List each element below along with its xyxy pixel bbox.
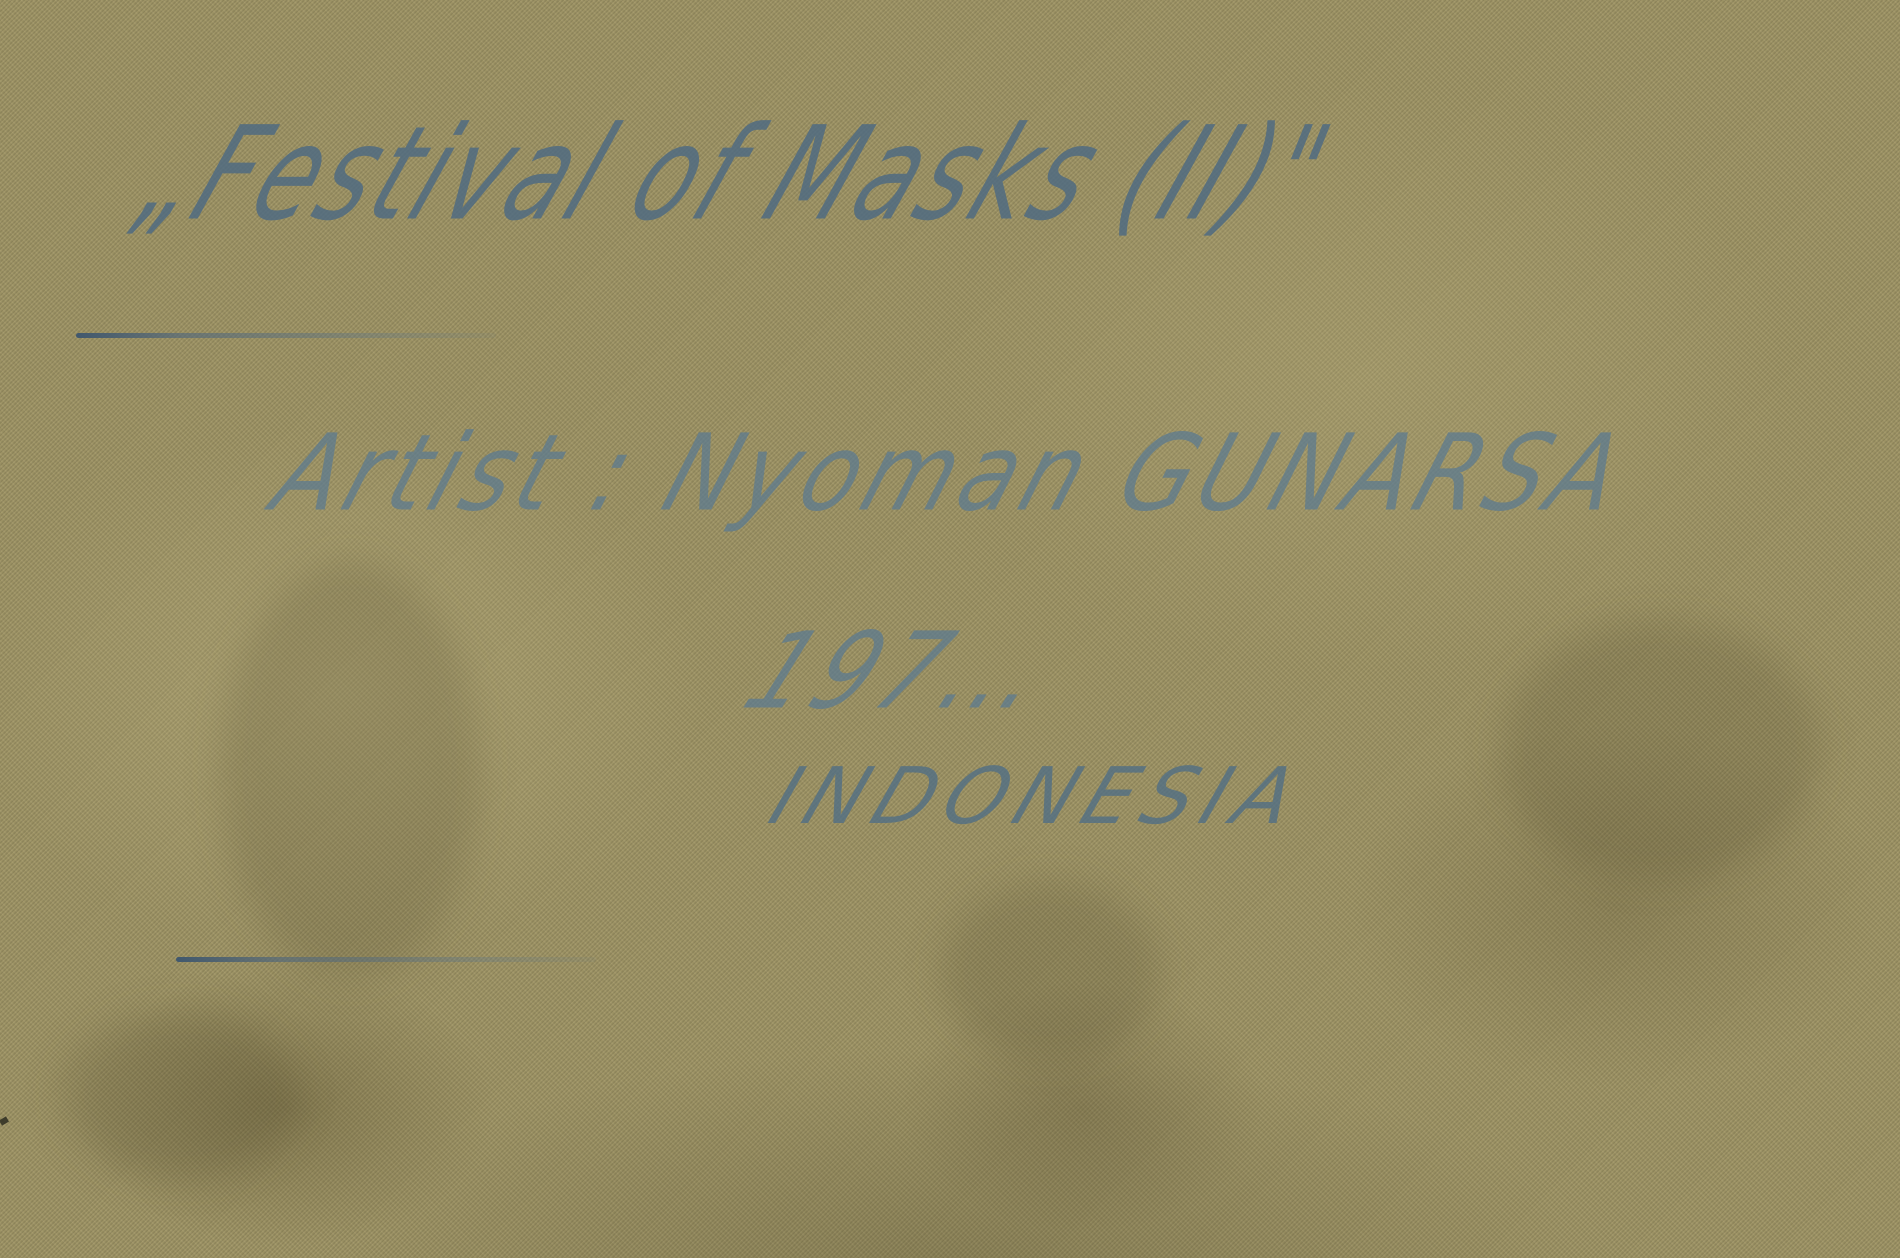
artist-inscription: Artist : Nyoman GUNARSA [260,412,1643,535]
canvas-stain [940,880,1160,1060]
painting-title-inscription: „Festival of Masks (II)" [119,98,1354,249]
country-inscription: INDONESIA [759,752,1318,842]
ink-underline [176,957,596,962]
ink-underline [76,333,496,338]
canvas-fold-shadow [1500,620,1820,880]
edge-mark [0,1116,9,1125]
canvas-fold-shadow [220,560,480,980]
canvas-back: „Festival of Masks (II)" Artist : Nyoman… [0,0,1900,1258]
year-inscription: 197… [728,610,1074,733]
canvas-stain [60,1010,300,1180]
